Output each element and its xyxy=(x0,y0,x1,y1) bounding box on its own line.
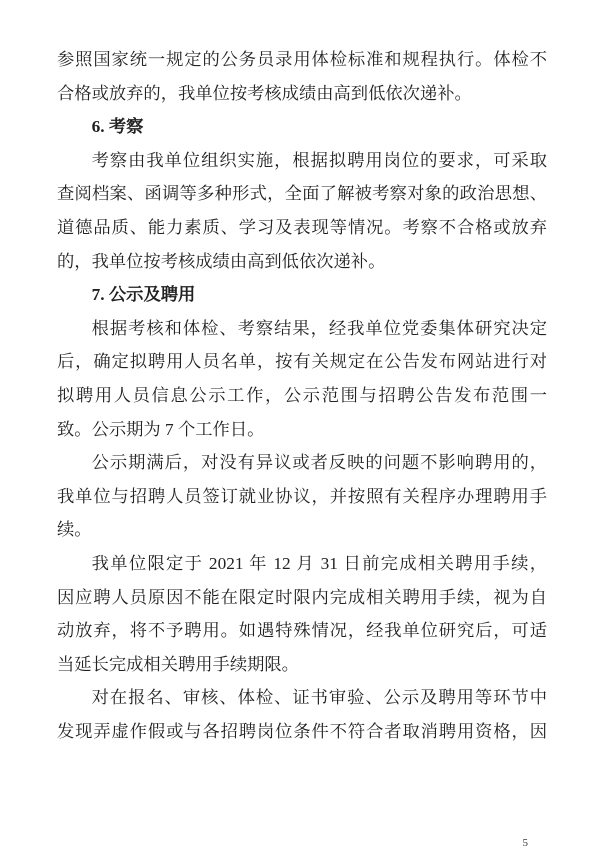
text-line: 当延长完成相关聘用手续期限。 xyxy=(57,648,547,682)
paragraph: 对在报名、审核、体检、证书审验、公示及聘用等环节中发现弄虚作假或与各招聘岗位条件… xyxy=(57,681,547,748)
text-line: 因应聘人员原因不能在限定时限内完成相关聘用手续，视为自 xyxy=(57,581,547,615)
text-line: 根据考核和体检、考察结果，经我单位党委集体研究决定 xyxy=(57,312,547,346)
text-line: 参照国家统一规定的公务员录用体检标准和规程执行。体检不 xyxy=(57,43,547,77)
text-line: 我单位限定于 2021 年 12 月 31 日前完成相关聘用手续， xyxy=(57,547,547,581)
page-number: 5 xyxy=(523,836,529,850)
text-line: 续。 xyxy=(57,513,547,547)
text-line: 公示期满后，对没有异议或者反映的问题不影响聘用的， xyxy=(57,446,547,480)
paragraph: 根据考核和体检、考察结果，经我单位党委集体研究决定后，确定拟聘用人员名单，按有关… xyxy=(57,312,547,446)
text-line: 发现弄虚作假或与各招聘岗位条件不符合者取消聘用资格，因 xyxy=(57,715,547,749)
text-line: 的，我单位按考核成绩由高到低依次递补。 xyxy=(57,245,547,279)
paragraph: 考察由我单位组织实施，根据拟聘用岗位的要求，可采取查阅档案、函调等多种形式，全面… xyxy=(57,144,547,278)
heading-line: 7. 公示及聘用 xyxy=(57,278,547,312)
text-line: 动放弃，将不予聘用。如遇特殊情况，经我单位研究后，可适 xyxy=(57,614,547,648)
section-heading: 7. 公示及聘用 xyxy=(57,278,547,312)
paragraph: 公示期满后，对没有异议或者反映的问题不影响聘用的，我单位与招聘人员签订就业协议，… xyxy=(57,446,547,547)
text-line: 后，确定拟聘用人员名单，按有关规定在公告发布网站进行对 xyxy=(57,345,547,379)
document-page: 参照国家统一规定的公务员录用体检标准和规程执行。体检不合格或放弃的，我单位按考核… xyxy=(0,0,600,864)
text-line: 道德品质、能力素质、学习及表现等情况。考察不合格或放弃 xyxy=(57,211,547,245)
paragraph: 我单位限定于 2021 年 12 月 31 日前完成相关聘用手续，因应聘人员原因… xyxy=(57,547,547,681)
text-line: 合格或放弃的，我单位按考核成绩由高到低依次递补。 xyxy=(57,77,547,111)
text-line: 我单位与招聘人员签订就业协议，并按照有关程序办理聘用手 xyxy=(57,480,547,514)
heading-line: 6. 考察 xyxy=(57,110,547,144)
document-body: 参照国家统一规定的公务员录用体检标准和规程执行。体检不合格或放弃的，我单位按考核… xyxy=(57,43,547,748)
section-heading: 6. 考察 xyxy=(57,110,547,144)
text-line: 对在报名、审核、体检、证书审验、公示及聘用等环节中 xyxy=(57,681,547,715)
text-line: 拟聘用人员信息公示工作，公示范围与招聘公告发布范围一 xyxy=(57,379,547,413)
text-line: 致。公示期为 7 个工作日。 xyxy=(57,413,547,447)
text-line: 考察由我单位组织实施，根据拟聘用岗位的要求，可采取 xyxy=(57,144,547,178)
text-line: 查阅档案、函调等多种形式，全面了解被考察对象的政治思想、 xyxy=(57,177,547,211)
paragraph: 参照国家统一规定的公务员录用体检标准和规程执行。体检不合格或放弃的，我单位按考核… xyxy=(57,43,547,110)
